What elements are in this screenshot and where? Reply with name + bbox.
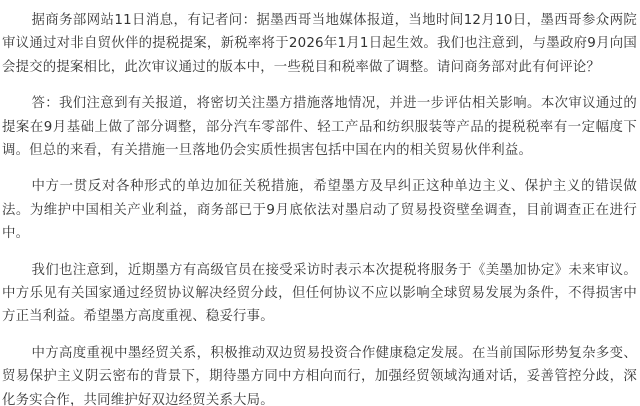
paragraph-answer-1: 答：我们注意到有关报道，将密切关注墨方措施落地情况，并进一步评估相关影响。本次审…: [2, 92, 637, 162]
paragraph-answer-3: 我们也注意到，近期墨方有高级官员在接受采访时表示本次提税将服务于《美墨加协定》未…: [2, 259, 637, 329]
paragraph-answer-2: 中方一贯反对各种形式的单边加征关税措施，希望墨方及早纠正这种单边主义、保护主义的…: [2, 175, 637, 245]
article-body: 据商务部网站11日消息，有记者问：据墨西哥当地媒体报道，当地时间12月10日，墨…: [0, 0, 640, 406]
paragraph-answer-4: 中方高度重视中墨经贸关系，积极推动双边贸易投资合作健康稳定发展。在当前国际形势复…: [2, 342, 637, 406]
paragraph-question: 据商务部网站11日消息，有记者问：据墨西哥当地媒体报道，当地时间12月10日，墨…: [2, 9, 637, 79]
